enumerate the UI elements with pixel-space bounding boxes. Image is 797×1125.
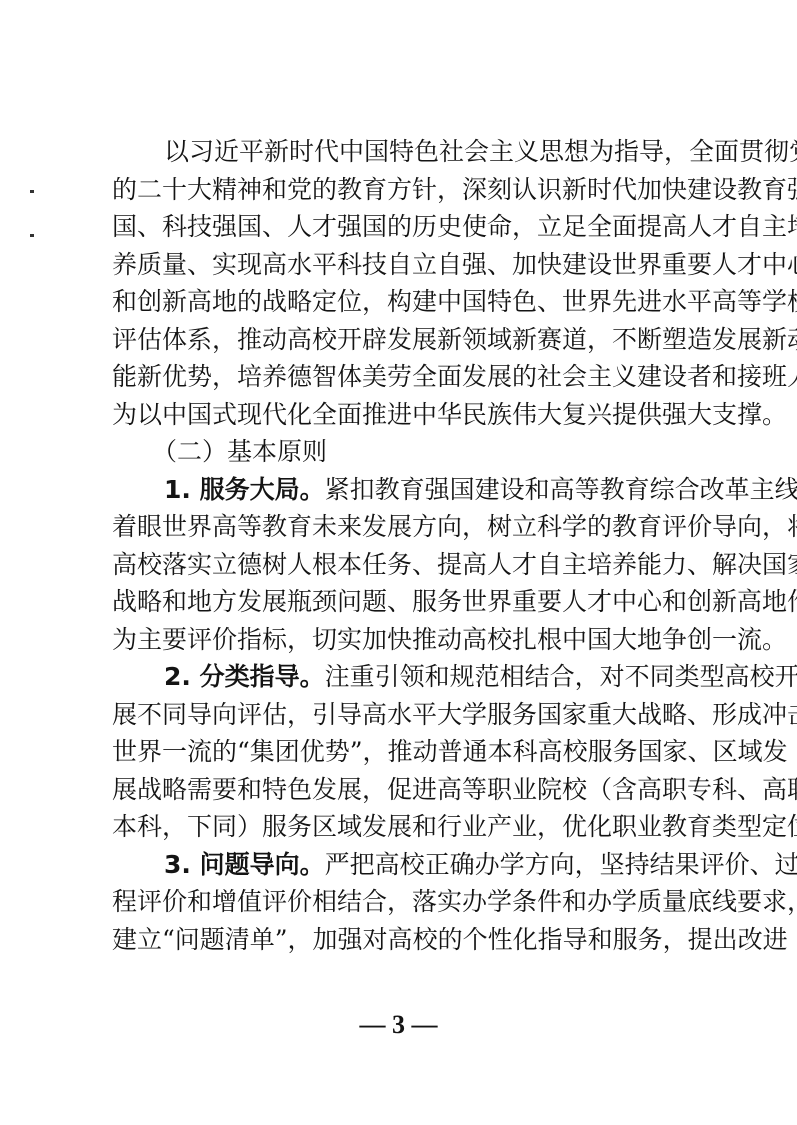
text-line: 为以中国式现代化全面推进中华民族伟大复兴提供强大支撑。 — [112, 400, 688, 430]
text-line: 着眼世界高等教育未来发展方向，树立科学的教育评价导向，将 — [112, 512, 688, 542]
principle-first-line: 3. 问题导向。严把高校正确办学方向，坚持结果评价、过 — [164, 850, 688, 880]
text-line: 展战略需要和特色发展，促进高等职业院校（含高职专科、高职 — [112, 775, 688, 805]
principle-text: 紧扣教育强国建设和高等教育综合改革主线， — [325, 475, 797, 504]
principle-first-line: 2. 分类指导。注重引领和规范相结合，对不同类型高校开 — [164, 662, 688, 692]
text-line: 和创新高地的战略定位，构建中国特色、世界先进水平高等学校 — [112, 287, 688, 317]
scan-artifact-mark — [30, 190, 34, 193]
text-line: 战略和地方发展瓶颈问题、服务世界重要人才中心和创新高地作 — [112, 587, 688, 617]
text-line: 展不同导向评估，引导高水平大学服务国家重大战略、形成冲击 — [112, 700, 688, 730]
text-line: 为主要评价指标，切实加快推动高校扎根中国大地争创一流。 — [112, 625, 688, 655]
text-line: 本科，下同）服务区域发展和行业产业，优化职业教育类型定位。 — [112, 812, 688, 842]
text-line: 评估体系，推动高校开辟发展新领域新赛道，不断塑造发展新动 — [112, 325, 688, 355]
text-line: 的二十大精神和党的教育方针，深刻认识新时代加快建设教育强 — [112, 175, 688, 205]
document-page: 以习近平新时代中国特色社会主义思想为指导，全面贯彻党 的二十大精神和党的教育方针… — [0, 0, 797, 1125]
principle-text: 严把高校正确办学方向，坚持结果评价、过 — [325, 850, 797, 879]
page-number: — 3 — — [0, 1010, 797, 1040]
section-heading: （二）基本原则 — [152, 437, 327, 467]
principle-title: 3. 问题导向。 — [164, 850, 325, 879]
text-line: 世界一流的“集团优势”，推动普通本科高校服务国家、区域发 — [112, 737, 688, 767]
scan-artifact-mark — [30, 234, 34, 237]
text-line: 国、科技强国、人才强国的历史使命，立足全面提高人才自主培 — [112, 212, 688, 242]
principle-text: 注重引领和规范相结合，对不同类型高校开 — [325, 662, 797, 691]
principle-title: 2. 分类指导。 — [164, 662, 325, 691]
text-line: 能新优势，培养德智体美劳全面发展的社会主义建设者和接班人， — [112, 362, 688, 392]
text-line: 以习近平新时代中国特色社会主义思想为指导，全面贯彻党 — [164, 137, 688, 167]
text-line: 养质量、实现高水平科技自立自强、加快建设世界重要人才中心 — [112, 250, 688, 280]
text-line: 程评价和增值评价相结合，落实办学条件和办学质量底线要求， — [112, 887, 688, 917]
text-line: 建立“问题清单”，加强对高校的个性化指导和服务，提出改进 — [112, 925, 688, 955]
principle-title: 1. 服务大局。 — [164, 475, 325, 504]
text-line: 高校落实立德树人根本任务、提高人才自主培养能力、解决国家 — [112, 550, 688, 580]
principle-first-line: 1. 服务大局。紧扣教育强国建设和高等教育综合改革主线， — [164, 475, 688, 505]
